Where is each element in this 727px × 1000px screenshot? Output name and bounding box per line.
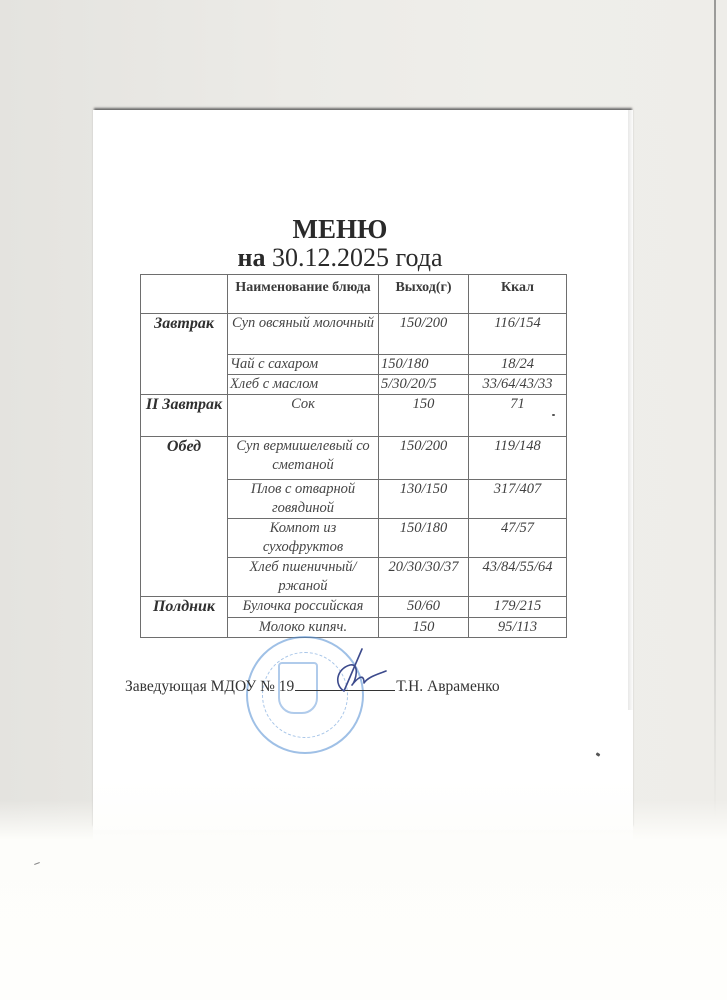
date-prefix: на (237, 243, 265, 272)
dish-name: Молоко кипяч. (228, 618, 379, 638)
menu-date: на 30.12.2025 года (200, 243, 480, 273)
dish-kcal: 18/24 (469, 355, 567, 375)
header-output: Выход(г) (379, 275, 469, 314)
meal-breakfast: Завтрак (141, 314, 228, 395)
dish-output: 50/60 (379, 597, 469, 618)
dish-output: 5/30/20/5 (379, 375, 469, 395)
menu-table: Наименование блюда Выход(г) Ккал Завтрак… (140, 274, 567, 638)
dish-name: Суп овсяный молочный (228, 314, 379, 355)
dish-kcal: 119/148 (469, 437, 567, 480)
dish-name: Хлеб с маслом (228, 375, 379, 395)
header-dish: Наименование блюда (228, 275, 379, 314)
date-text: 30.12.2025 года (272, 243, 443, 272)
dish-name: Суп вермишелевый со сметаной (228, 437, 379, 480)
dish-output: 150/180 (379, 355, 469, 375)
dish-output: 150/200 (379, 314, 469, 355)
dish-output: 130/150 (379, 480, 469, 519)
meal-second-breakfast: II Завтрак (141, 395, 228, 437)
meal-afternoon-snack: Полдник (141, 597, 228, 638)
header-kcal: Ккал (469, 275, 567, 314)
dish-kcal: 43/84/55/64 (469, 558, 567, 597)
scanner-edge (714, 0, 716, 820)
dish-name: Сок (228, 395, 379, 437)
dish-name: Хлеб пшеничный/ржаной (228, 558, 379, 597)
dish-name: Компот из сухофруктов (228, 519, 379, 558)
signature-row: Заведующая МДОУ № 19Т.Н. Авраменко (125, 676, 500, 696)
table-header-row: Наименование блюда Выход(г) Ккал (141, 275, 567, 314)
dish-kcal: 33/64/43/33 (469, 375, 567, 395)
dish-output: 150 (379, 395, 469, 437)
paper-shade (628, 110, 634, 710)
paper-fade (93, 780, 633, 840)
dish-name: Плов с отварной говядиной (228, 480, 379, 519)
dish-output: 20/30/30/37 (379, 558, 469, 597)
dish-output: 150 (379, 618, 469, 638)
dish-kcal: 47/57 (469, 519, 567, 558)
signer-position: Заведующая МДОУ № 19 (125, 678, 294, 695)
meal-lunch: Обед (141, 437, 228, 597)
dish-kcal: 95/113 (469, 618, 567, 638)
handwritten-signature-icon (330, 645, 390, 695)
page-title: МЕНЮ (200, 214, 480, 244)
dish-name: Чай с сахаром (228, 355, 379, 375)
table-row: Завтрак Суп овсяный молочный 150/200 116… (141, 314, 567, 355)
table-row: II Завтрак Сок 150 71 (141, 395, 567, 437)
scan-speck (552, 414, 555, 416)
dish-output: 150/200 (379, 437, 469, 480)
signer-name: Т.Н. Авраменко (396, 678, 499, 695)
table-row: Полдник Булочка российская 50/60 179/215 (141, 597, 567, 618)
dish-output: 150/180 (379, 519, 469, 558)
header-meal (141, 275, 228, 314)
table-row: Обед Суп вермишелевый со сметаной 150/20… (141, 437, 567, 480)
dish-kcal: 179/215 (469, 597, 567, 618)
dish-kcal: 317/407 (469, 480, 567, 519)
dish-kcal: 116/154 (469, 314, 567, 355)
dish-name: Булочка российская (228, 597, 379, 618)
